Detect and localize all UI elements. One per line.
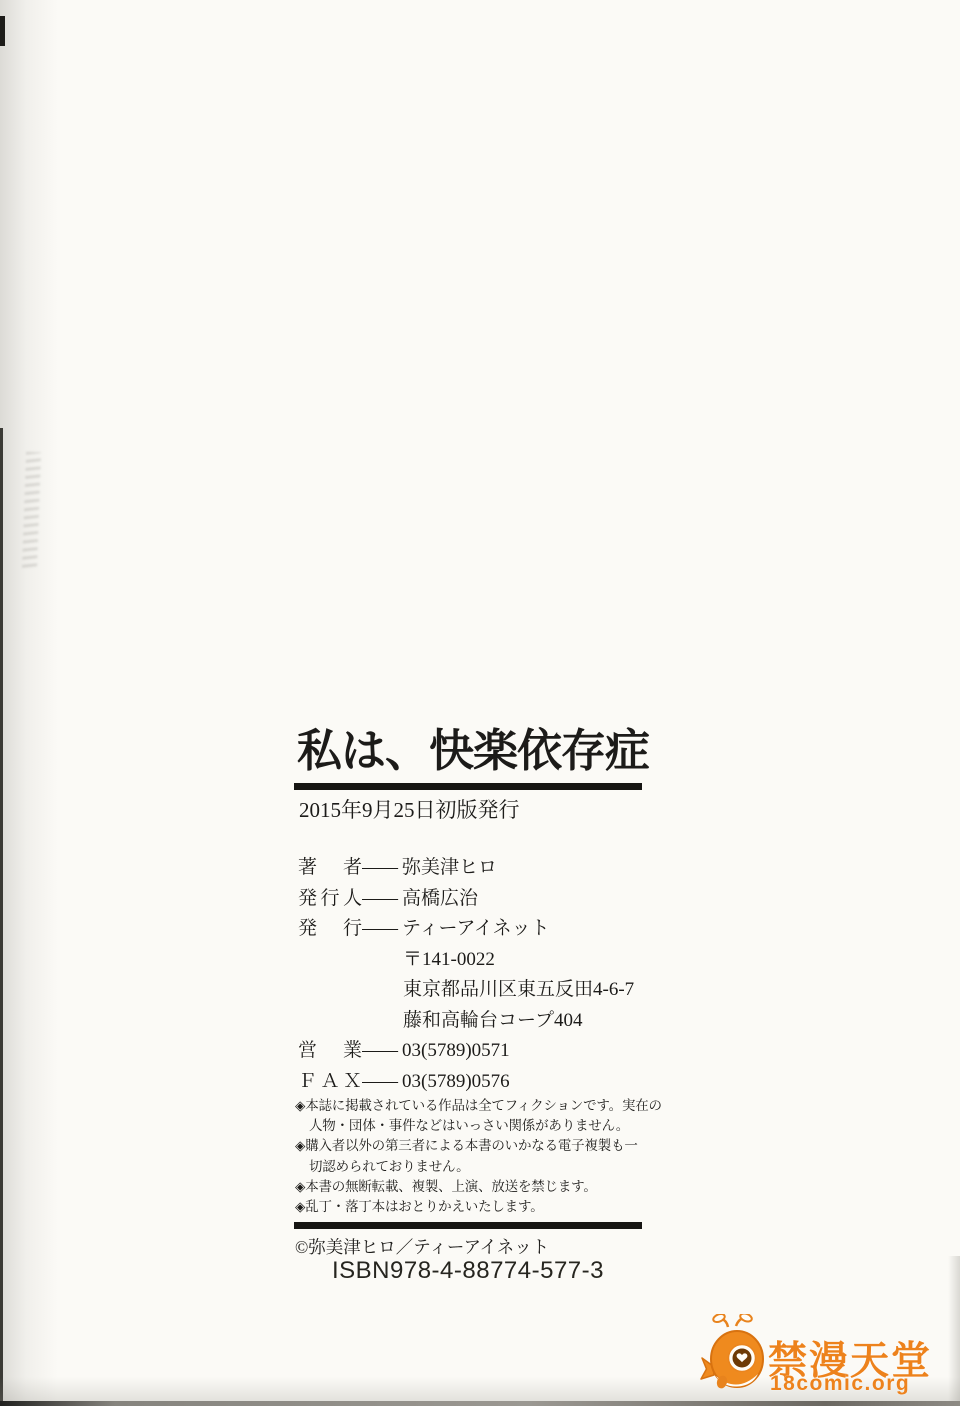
credit-label: 発 行 bbox=[298, 914, 362, 945]
credit-value: 弥美津ヒロ bbox=[402, 857, 497, 878]
mascot-whale-icon bbox=[700, 1314, 770, 1396]
contact-dash: —— bbox=[362, 1067, 402, 1098]
edition-date: 2015年9月25日初版発行 bbox=[299, 794, 520, 824]
notice-marker-icon: ◈ bbox=[295, 1199, 305, 1214]
credit-label: 発行人 bbox=[298, 884, 362, 915]
credit-dash: —— bbox=[362, 884, 402, 915]
notice-marker-icon: ◈ bbox=[295, 1179, 305, 1194]
notice-line: ◈乱丁・落丁本はおとりかえいたします。 bbox=[295, 1197, 662, 1217]
legal-notices: ◈本誌に掲載されている作品は全てフィクションです。実在の 人物・団体・事件などは… bbox=[295, 1096, 662, 1217]
credit-row-author: 著 者——弥美津ヒロ bbox=[298, 853, 634, 884]
credit-value: ティーアイネット bbox=[402, 918, 550, 939]
watermark-site-url: 18comic.org bbox=[770, 1372, 910, 1396]
book-title: 私は、快楽依存症 bbox=[297, 725, 657, 777]
credit-row-publisher-person: 発行人——高橋広治 bbox=[298, 884, 634, 915]
notice-marker-icon: ◈ bbox=[295, 1098, 305, 1113]
notice-line: ◈購入者以外の第三者による本書のいかなる電子複製も一 bbox=[295, 1136, 662, 1156]
address-line-2: 藤和高輪台コープ404 bbox=[298, 1006, 634, 1037]
credit-value: 高橋広治 bbox=[402, 888, 478, 909]
contact-label: 営 業 bbox=[298, 1036, 362, 1067]
credit-dash: —— bbox=[362, 914, 402, 945]
colophon-page: 私は、快楽依存症 2015年9月25日初版発行 著 者——弥美津ヒロ 発行人——… bbox=[0, 0, 960, 1406]
notice-line: 人物・団体・事件などはいっさい関係がありません。 bbox=[295, 1116, 662, 1136]
copyright-line: ©弥美津ヒロ／ティーアイネット bbox=[295, 1234, 549, 1259]
watermark-logo: 禁漫天堂 18comic.org bbox=[698, 1310, 950, 1402]
scan-left-edge-shadow bbox=[0, 0, 58, 1406]
title-rule bbox=[294, 783, 642, 790]
contact-value: 03(5789)0571 bbox=[402, 1040, 510, 1061]
contact-dash: —— bbox=[362, 1036, 402, 1067]
notice-line: 切認められておりません。 bbox=[295, 1157, 662, 1177]
notice-line: ◈本誌に掲載されている作品は全てフィクションです。実在の bbox=[295, 1096, 662, 1116]
credit-row-publisher: 発 行——ティーアイネット bbox=[298, 914, 634, 945]
credit-label: 著 者 bbox=[298, 853, 362, 884]
credits-block: 著 者——弥美津ヒロ 発行人——高橋広治 発 行——ティーアイネット 〒141-… bbox=[298, 853, 634, 1097]
postal-code: 〒141-0022 bbox=[298, 945, 634, 976]
credit-dash: —— bbox=[362, 853, 402, 884]
contact-label: ＦＡＸ bbox=[298, 1067, 362, 1098]
contact-row-sales: 営 業——03(5789)0571 bbox=[298, 1036, 634, 1067]
address-line-1: 東京都品川区東五反田4-6-7 bbox=[298, 975, 634, 1006]
isbn-number: ISBN978-4-88774-577-3 bbox=[294, 1257, 642, 1285]
contact-value: 03(5789)0576 bbox=[402, 1071, 510, 1092]
notice-marker-icon: ◈ bbox=[295, 1138, 305, 1153]
scan-left-edge-line bbox=[0, 428, 3, 1406]
contact-row-fax: ＦＡＸ——03(5789)0576 bbox=[298, 1067, 634, 1098]
notice-line: ◈本書の無断転載、複製、上演、放送を禁じます。 bbox=[295, 1177, 662, 1197]
scan-corner-mark bbox=[0, 16, 5, 46]
footer-rule bbox=[294, 1222, 642, 1229]
